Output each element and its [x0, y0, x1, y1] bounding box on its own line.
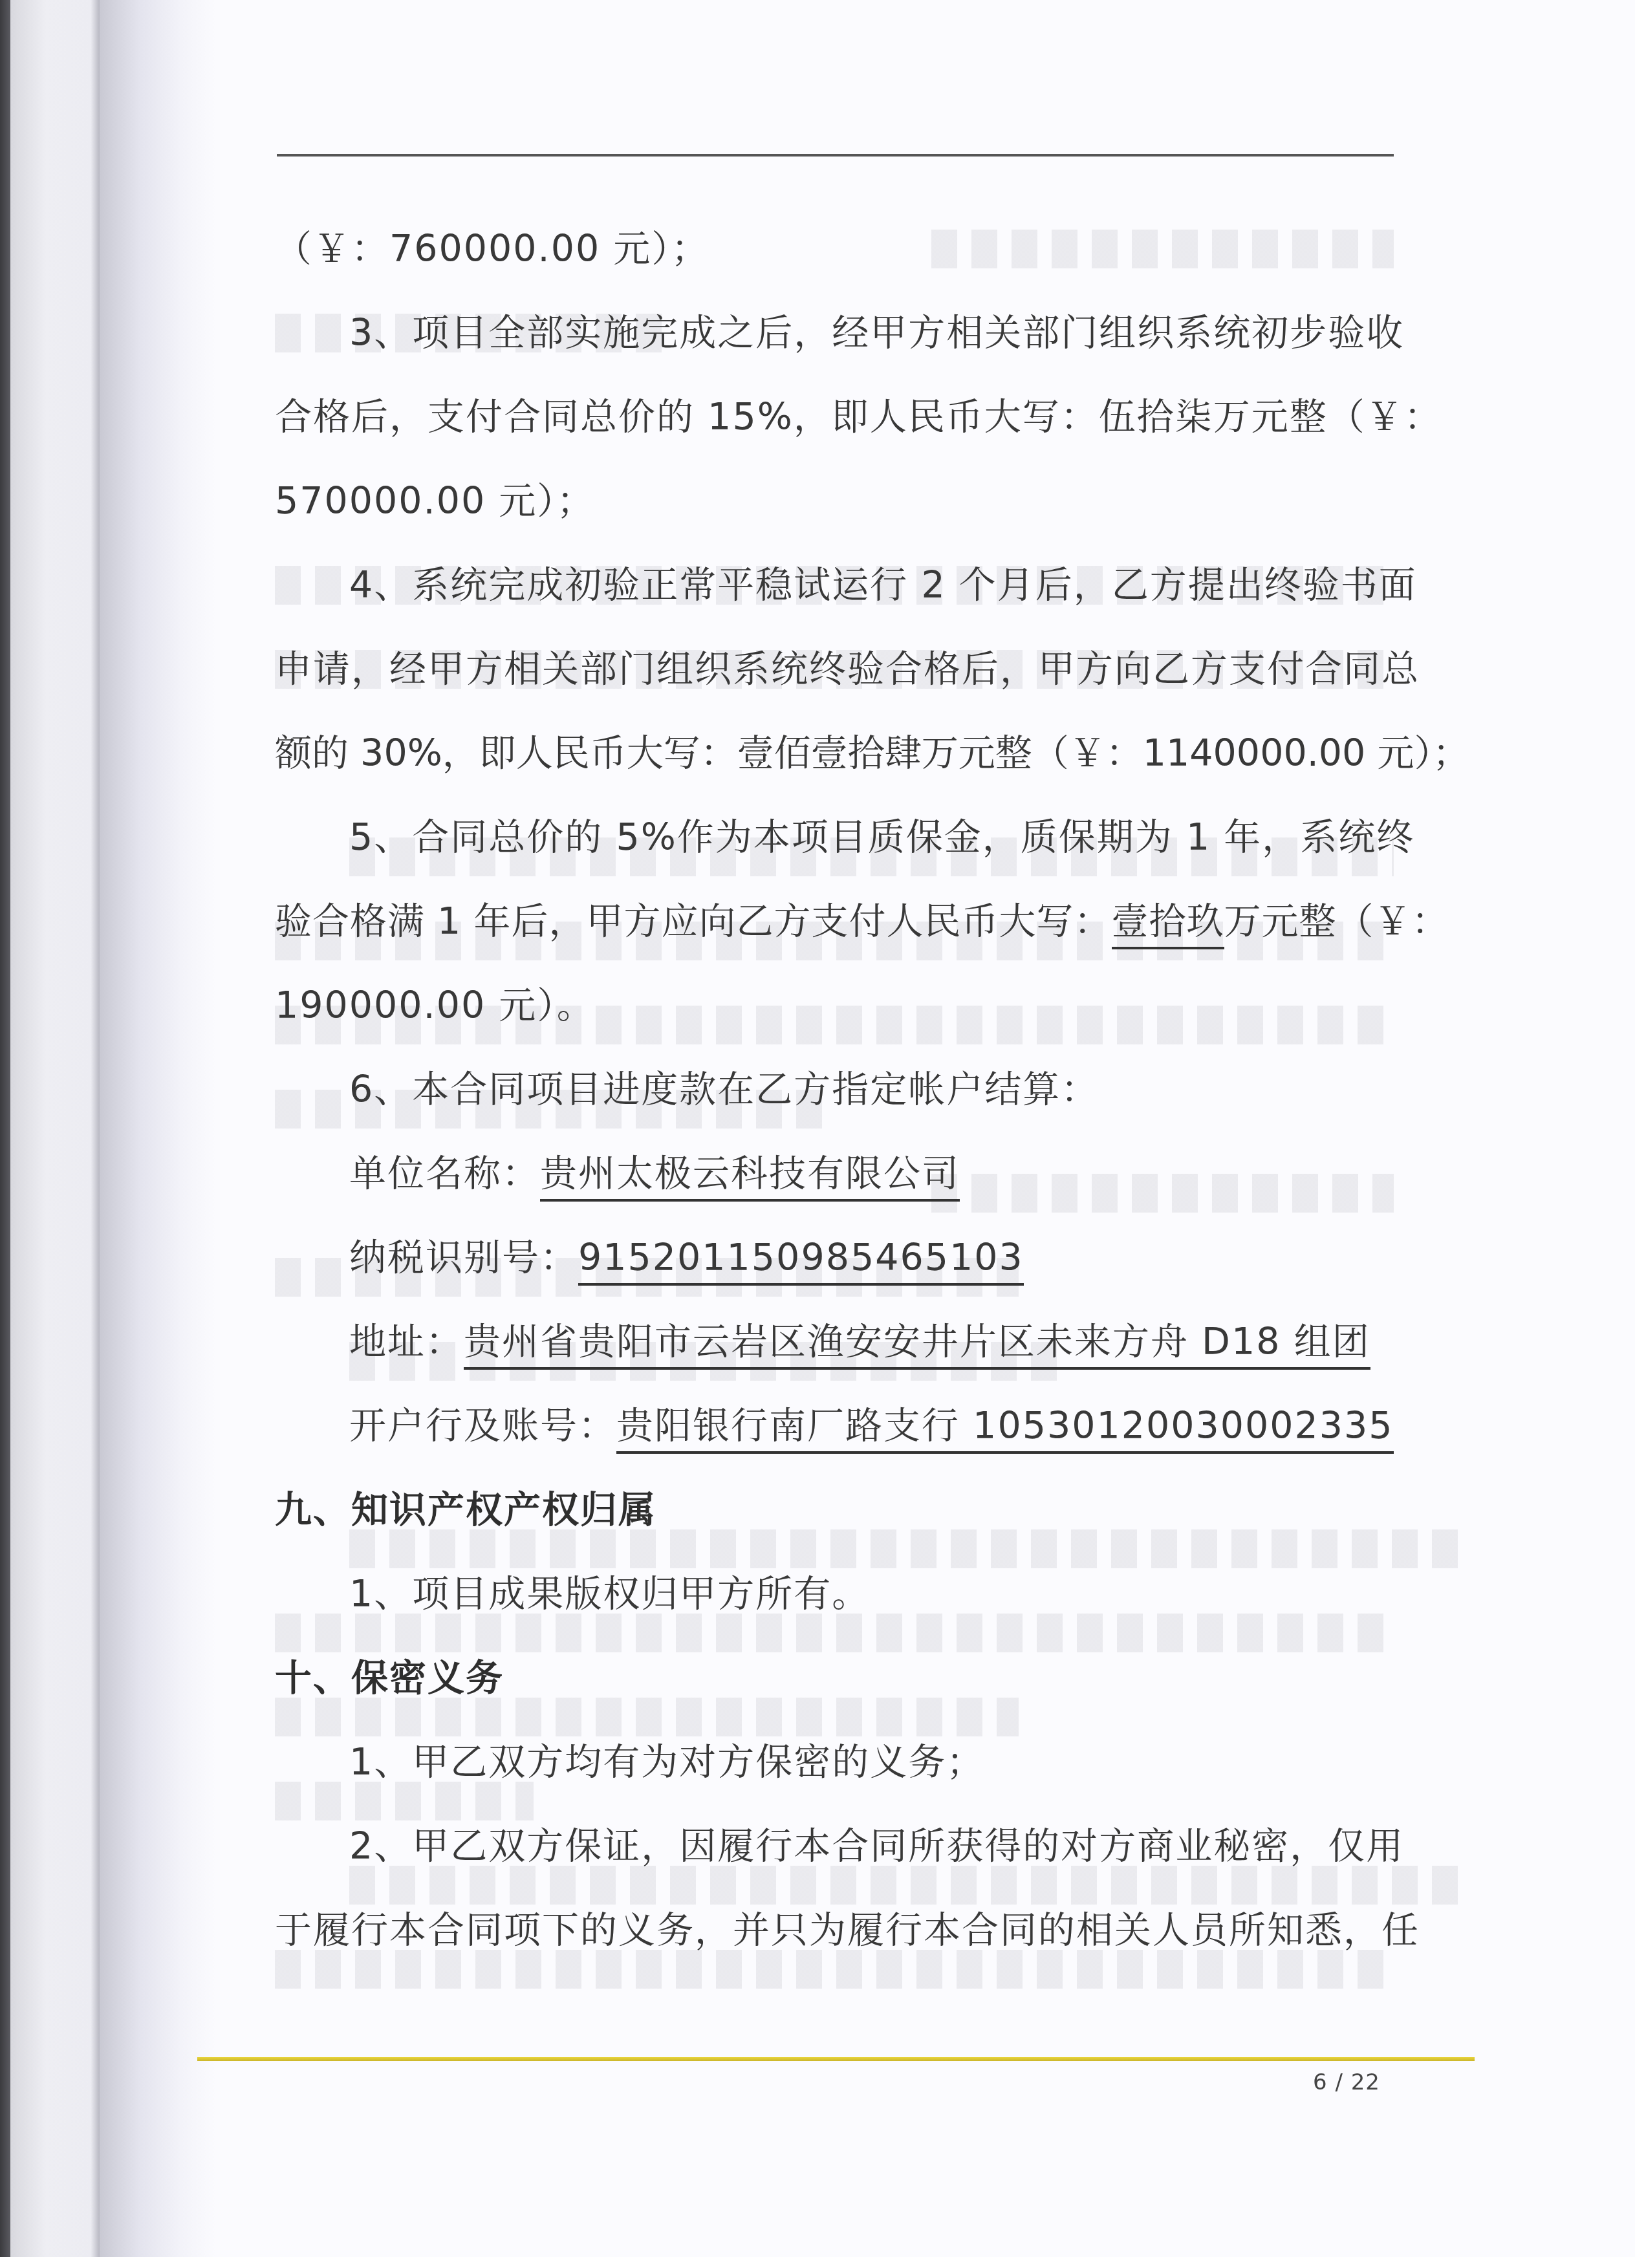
address-value: 贵州省贵阳市云岩区渔安安井片区未来方舟 D18 组团: [464, 1321, 1370, 1370]
text-line: 3、项目全部实施完成之后，经甲方相关部门组织系统初步验收: [349, 310, 1394, 356]
header-rule: [277, 154, 1394, 157]
section-heading-confidentiality: 十、保密义务: [275, 1656, 1394, 1701]
scan-binding-edge: [0, 0, 10, 2257]
account-bank: 开户行及账号：贵阳银行南厂路支行 10530120030002335: [349, 1403, 1394, 1449]
bleed-through: [275, 1782, 534, 1820]
text-line: 验合格满 1 年后，甲方应向乙方支付人民币大写：壹拾玖万元整（￥：: [275, 899, 1394, 944]
text-line: 4、系统完成初验正常平稳试运行 2 个月后，乙方提出终验书面: [349, 563, 1394, 608]
scan-bottom-margin: [0, 2257, 1635, 2268]
account-address: 地址：贵州省贵阳市云岩区渔安安井片区未来方舟 D18 组团: [349, 1319, 1394, 1365]
underlined-amount: 壹拾玖: [1112, 900, 1224, 949]
bank-value: 贵阳银行南厂路支行 10530120030002335: [616, 1405, 1394, 1454]
text-line: 570000.00 元）；: [275, 479, 1394, 524]
text-line: 190000.00 元）。: [275, 983, 1394, 1028]
bleed-through: [349, 1866, 1468, 1905]
tax-id-value: 915201150985465103: [578, 1237, 1024, 1286]
account-company: 单位名称：贵州太极云科技有限公司: [349, 1151, 1394, 1196]
text-line: （￥：760000.00 元）；: [275, 226, 1394, 272]
text-line: 申请，经甲方相关部门组织系统终验合格后，甲方向乙方支付合同总: [275, 647, 1394, 692]
text-fragment: 验合格满 1 年后，甲方应向乙方支付人民币大写：: [275, 900, 1112, 943]
text-line: 2、甲乙双方保证，因履行本合同所获得的对方商业秘密，仅用: [349, 1824, 1394, 1869]
bleed-through: [349, 1529, 1468, 1568]
account-tax-id: 纳税识别号：915201150985465103: [349, 1235, 1394, 1280]
tax-id-label: 纳税识别号：: [349, 1237, 578, 1279]
text-line: 1、甲乙双方均有为对方保密的义务；: [349, 1740, 1394, 1785]
bleed-through: [275, 1614, 1394, 1652]
text-line: 合格后，支付合同总价的 15%，即人民币大写：伍拾柒万元整（￥：: [275, 394, 1394, 440]
page-number: 6 / 22: [1313, 2069, 1380, 2095]
footer-rule: [197, 2057, 1475, 2061]
section-heading-ip: 九、知识产权产权归属: [275, 1487, 1394, 1533]
bleed-through: [275, 1698, 1019, 1736]
company-label: 单位名称：: [349, 1152, 540, 1195]
text-line: 额的 30%，即人民币大写：壹佰壹拾肆万元整（￥：1140000.00 元）；: [275, 731, 1394, 776]
scan-binding-shadow: [100, 0, 216, 2257]
text-line: 1、项目成果版权归甲方所有。: [349, 1571, 1394, 1617]
bleed-through: [275, 1950, 1394, 1989]
address-label: 地址：: [349, 1321, 464, 1363]
company-value: 贵州太极云科技有限公司: [540, 1152, 960, 1202]
text-line: 5、合同总价的 5%作为本项目质保金，质保期为 1 年，系统终: [349, 815, 1394, 860]
text-line: 6、本合同项目进度款在乙方指定帐户结算：: [349, 1067, 1394, 1112]
bank-label: 开户行及账号：: [349, 1405, 616, 1447]
text-fragment: 万元整（￥：: [1224, 900, 1449, 943]
text-line: 于履行本合同项下的义务，并只为履行本合同的相关人员所知悉，任: [275, 1908, 1394, 1953]
scan-binding-strip: [10, 0, 100, 2257]
